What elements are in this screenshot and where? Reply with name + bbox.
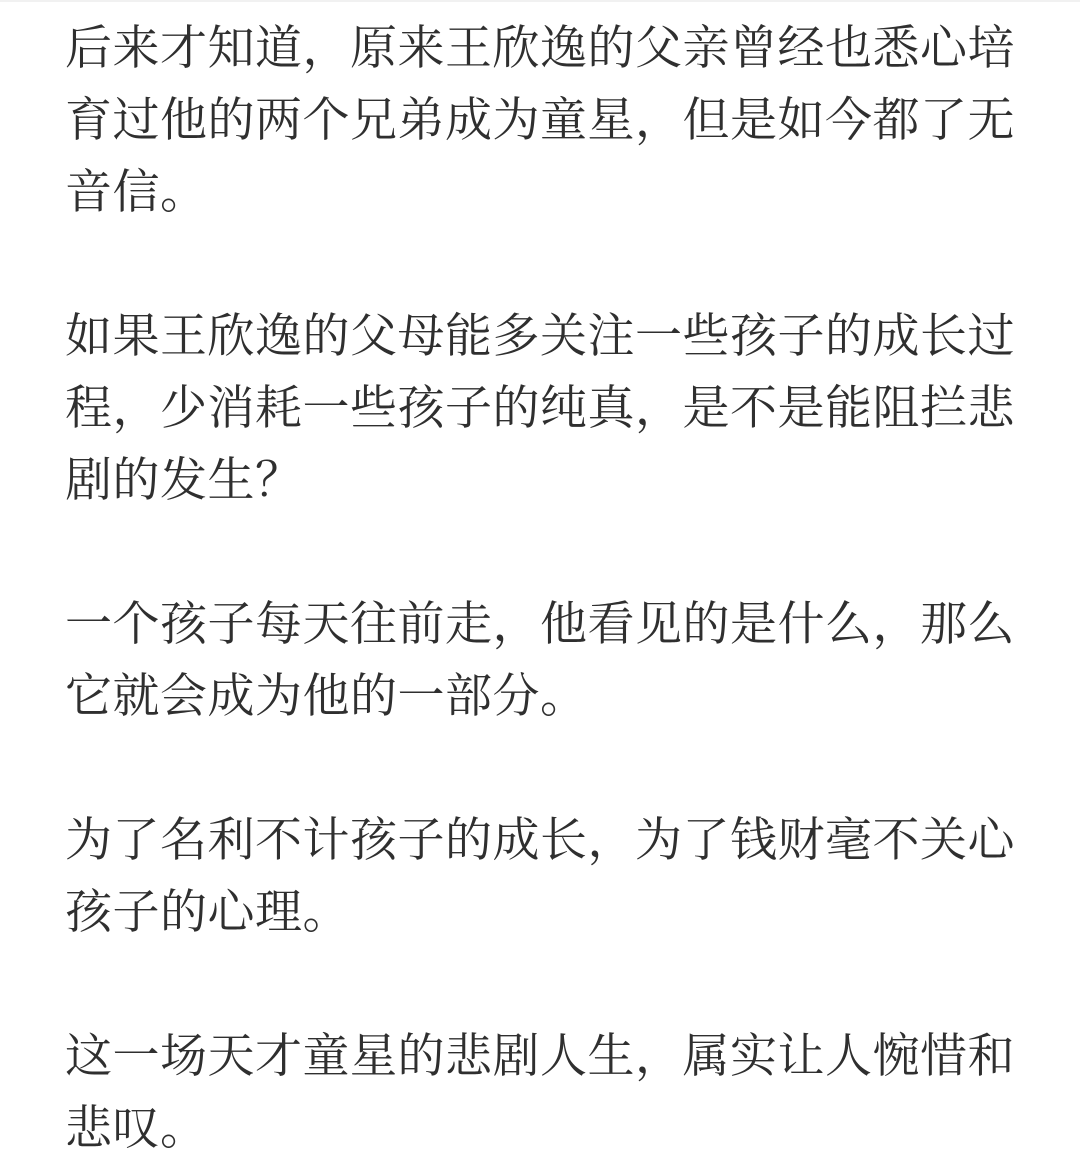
paragraph-2: 如果王欣逸的父母能多关注一些孩子的成长过 程，少消耗一些孩子的纯真，是不是能阻拦… <box>65 300 1016 516</box>
text-line: 音信。 <box>65 156 1016 228</box>
text-line: 如果王欣逸的父母能多关注一些孩子的成长过 <box>65 300 1016 372</box>
text-line: 剧的发生？ <box>65 444 1016 516</box>
text-line: 它就会成为他的一部分。 <box>65 660 1016 732</box>
text-line: 为了名利不计孩子的成长，为了钱财毫不关心 <box>65 804 1016 876</box>
text-line: 后来才知道，原来王欣逸的父亲曾经也悉心培 <box>65 12 1016 84</box>
text-line: 孩子的心理。 <box>65 876 1016 948</box>
paragraph-1: 后来才知道，原来王欣逸的父亲曾经也悉心培 育过他的两个兄弟成为童星，但是如今都了… <box>65 12 1016 228</box>
article-page: 后来才知道，原来王欣逸的父亲曾经也悉心培 育过他的两个兄弟成为童星，但是如今都了… <box>0 0 1080 1164</box>
paragraph-3: 一个孩子每天往前走，他看见的是什么，那么 它就会成为他的一部分。 <box>65 588 1016 732</box>
paragraph-4: 为了名利不计孩子的成长，为了钱财毫不关心 孩子的心理。 <box>65 804 1016 948</box>
text-line: 育过他的两个兄弟成为童星，但是如今都了无 <box>65 84 1016 156</box>
article-body: 后来才知道，原来王欣逸的父亲曾经也悉心培 育过他的两个兄弟成为童星，但是如今都了… <box>65 12 1016 1164</box>
text-line: 程，少消耗一些孩子的纯真，是不是能阻拦悲 <box>65 372 1016 444</box>
paragraph-5: 这一场天才童星的悲剧人生，属实让人惋惜和 悲叹。 <box>65 1020 1016 1164</box>
text-line: 一个孩子每天往前走，他看见的是什么，那么 <box>65 588 1016 660</box>
text-line: 这一场天才童星的悲剧人生，属实让人惋惜和 <box>65 1020 1016 1092</box>
text-line: 悲叹。 <box>65 1092 1016 1164</box>
